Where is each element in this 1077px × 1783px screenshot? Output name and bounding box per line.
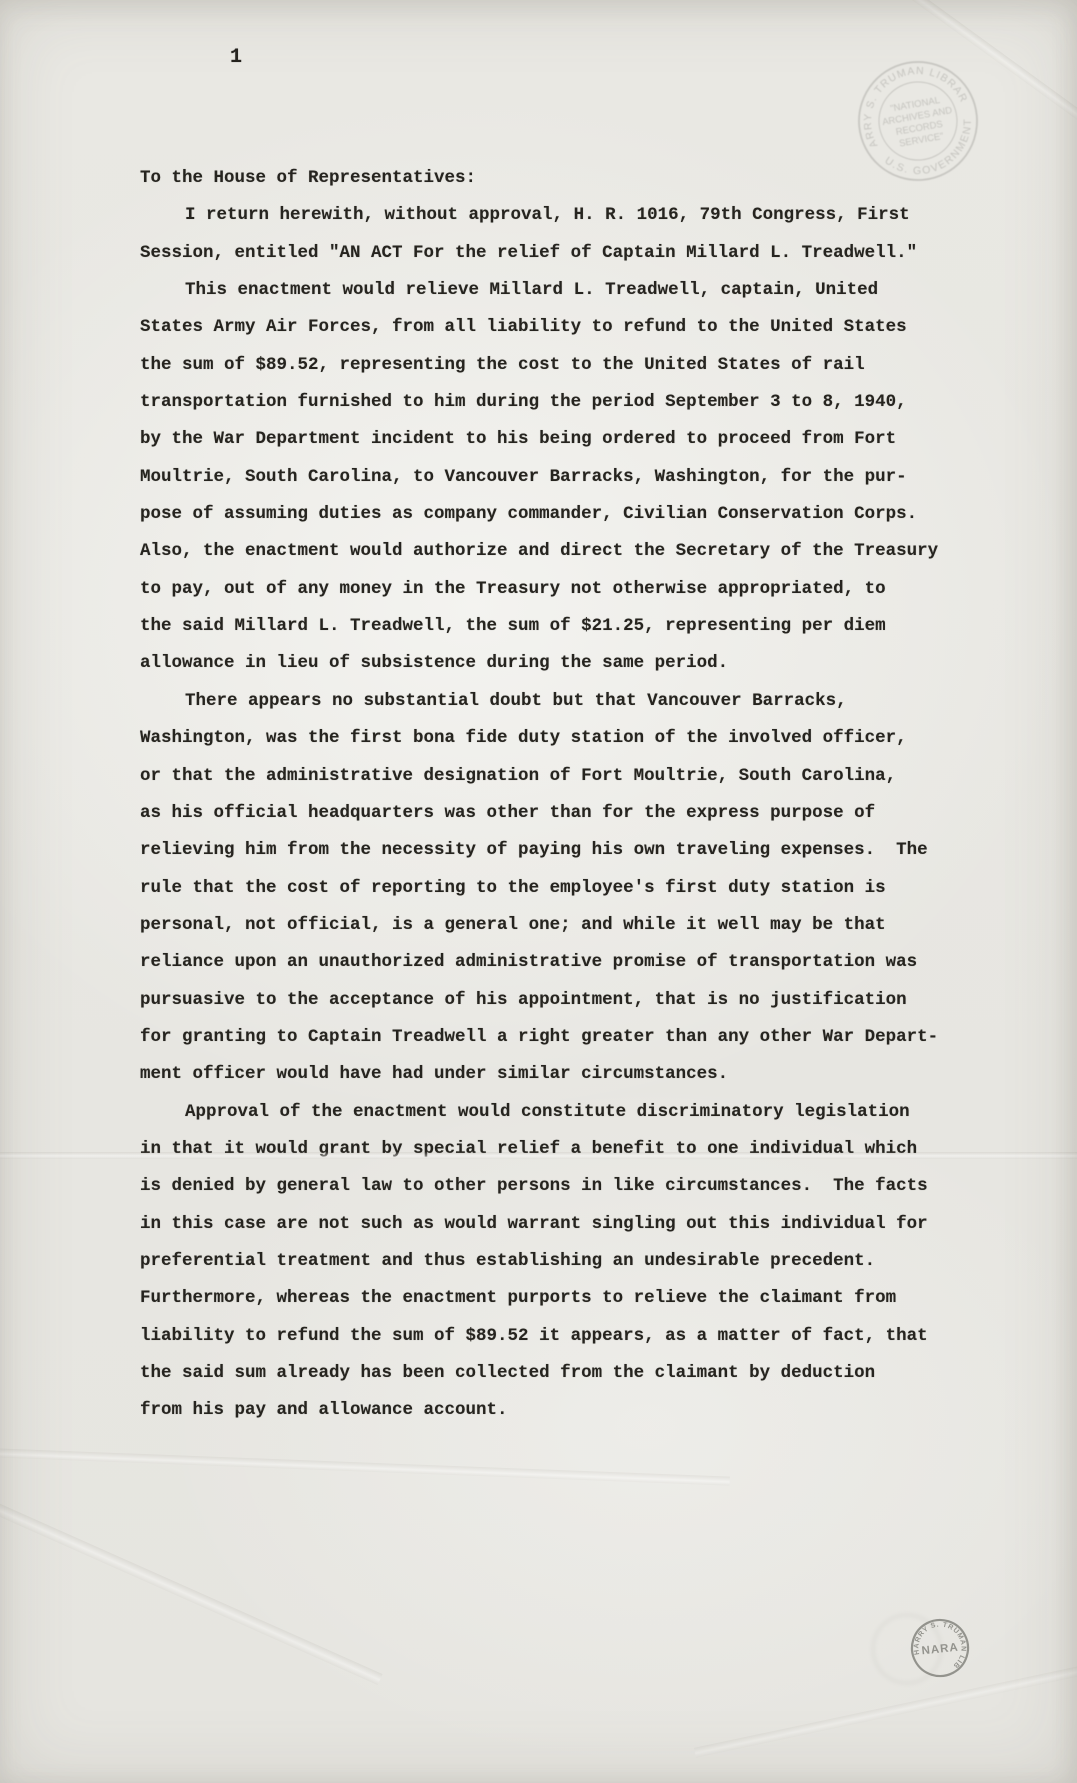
text-line: personal, not official, is a general one… [140,907,1020,944]
text-line: the said Millard L. Treadwell, the sum o… [140,608,1020,645]
text-line: Approval of the enactment would constitu… [140,1094,1020,1131]
page-number: 1 [230,46,242,69]
text-line: to pay, out of any money in the Treasury… [140,571,1020,608]
stamp-center-text: NARA [921,1642,959,1658]
text-line: is denied by general law to other person… [140,1168,1020,1205]
nara-truman-library-stamp: HARRY S. TRUMAN LIBRARY NARA [903,1611,977,1685]
text-line: Also, the enactment would authorize and … [140,533,1020,570]
text-line: liability to refund the sum of $89.52 it… [140,1318,1020,1355]
text-line: in that it would grant by special relief… [140,1131,1020,1168]
text-line: from his pay and allowance account. [140,1392,1020,1429]
text-line: ment officer would have had under simila… [140,1056,1020,1093]
text-line: or that the administrative designation o… [140,758,1020,795]
text-line: pose of assuming duties as company comma… [140,496,1020,533]
text-line: States Army Air Forces, from all liabili… [140,309,1020,346]
paper-crease [0,1487,383,1685]
document-page: 1 HARRY S. TRUMAN LIBRARY U.S. GOVERNMEN… [0,0,1077,1783]
text-line: preferential treatment and thus establis… [140,1243,1020,1280]
text-line: pursuasive to the acceptance of his appo… [140,982,1020,1019]
text-line: This enactment would relieve Millard L. … [140,272,1020,309]
text-line: Washington, was the first bona fide duty… [140,720,1020,757]
document-body: To the House of Representatives: I retur… [140,160,1020,1430]
text-line: rule that the cost of reporting to the e… [140,870,1020,907]
text-line: by the War Department incident to his be… [140,421,1020,458]
text-line: To the House of Representatives: [140,160,1020,197]
text-line: reliance upon an unauthorized administra… [140,944,1020,981]
text-line: in this case are not such as would warra… [140,1206,1020,1243]
text-line: the sum of $89.52, representing the cost… [140,347,1020,384]
text-line: There appears no substantial doubt but t… [140,683,1020,720]
text-line: for granting to Captain Treadwell a righ… [140,1019,1020,1056]
text-line: Session, entitled "AN ACT For the relief… [140,235,1020,272]
text-line: the said sum already has been collected … [140,1355,1020,1392]
text-line: I return herewith, without approval, H. … [140,197,1020,234]
paper-crease [0,1447,730,1485]
text-line: as his official headquarters was other t… [140,795,1020,832]
text-line: Moultrie, South Carolina, to Vancouver B… [140,459,1020,496]
text-line: relieving him from the necessity of payi… [140,832,1020,869]
text-line: transportation furnished to him during t… [140,384,1020,421]
text-line: Furthermore, whereas the enactment purpo… [140,1280,1020,1317]
text-line: allowance in lieu of subsistence during … [140,645,1020,682]
